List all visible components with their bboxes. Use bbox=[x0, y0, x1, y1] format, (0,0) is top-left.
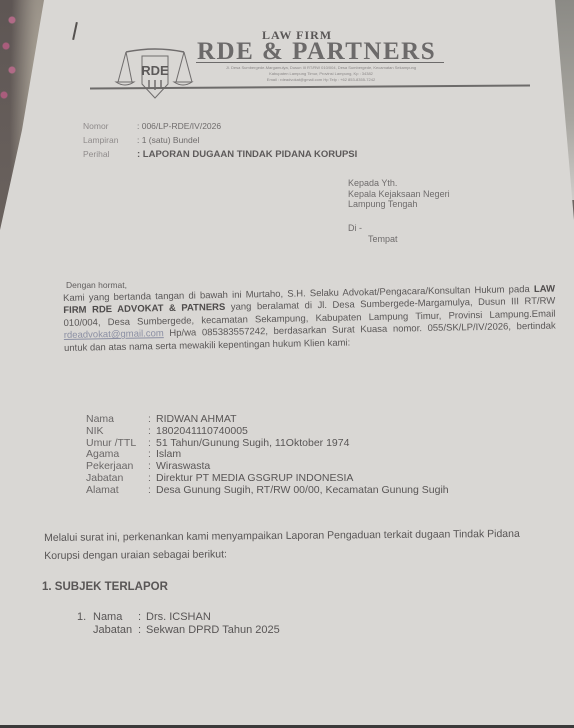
intro-paragraph: Kami yang bertanda tangan di bawah ini M… bbox=[63, 284, 556, 355]
letterhead-divider bbox=[196, 62, 444, 63]
field-value: Direktur PT MEDIA GSGRUP INDONESIA bbox=[156, 473, 353, 485]
subjek-terlapor-list: 1.Nama:Drs. ICSHAN Jabatan:Sekwan DPRD T… bbox=[77, 611, 280, 637]
field-value: 51 Tahun/Gunung Sugih, 11Oktober 1974 bbox=[156, 438, 349, 450]
closing-paragraph: Melalui surat ini, perkenankan kami meny… bbox=[44, 525, 549, 565]
addressee-tempat: Tempat bbox=[368, 234, 450, 245]
client-details: Nama:RIDWAN AHMAT NIK:1802041110740005 U… bbox=[86, 414, 449, 497]
field-label: Jabatan bbox=[93, 624, 138, 637]
letterhead-address: Jl. Desa Sumbergede-Margamulya, Dusun II… bbox=[196, 65, 446, 83]
svg-text:RDE: RDE bbox=[141, 63, 169, 78]
client-row: NIK:1802041110740005 bbox=[86, 426, 449, 438]
field-label: NIK bbox=[86, 426, 148, 438]
field-value: Desa Gunung Sugih, RT/RW 00/00, Kecamata… bbox=[156, 485, 449, 497]
meta-value: : 1 (satu) Bundel bbox=[137, 135, 199, 149]
field-value: 1802041110740005 bbox=[156, 426, 248, 438]
addressee-line: Kepada Yth. bbox=[348, 178, 450, 189]
greeting: Dengan hormat, bbox=[66, 280, 127, 290]
meta-label: Nomor bbox=[83, 121, 137, 135]
field-label: Jabatan bbox=[86, 473, 148, 485]
scales-of-justice-icon: RDE bbox=[112, 44, 198, 104]
client-row: Jabatan:Direktur PT MEDIA GSGRUP INDONES… bbox=[86, 473, 449, 485]
addressee-di: Di - bbox=[348, 223, 450, 234]
meta-value: : 006/LP-RDE/IV/2026 bbox=[137, 121, 221, 135]
field-label: Nama bbox=[93, 611, 138, 624]
field-value: Drs. ICSHAN bbox=[146, 611, 211, 624]
section-heading: 1. SUBJEK TERLAPOR bbox=[42, 581, 168, 593]
addressee-line: Lampung Tengah bbox=[348, 199, 450, 210]
client-row: Agama:Islam bbox=[86, 449, 449, 461]
meta-lampiran: Lampiran : 1 (satu) Bundel bbox=[83, 135, 357, 149]
meta-label: Perihal bbox=[83, 149, 137, 163]
meta-nomor: Nomor : 006/LP-RDE/IV/2026 bbox=[83, 121, 357, 135]
field-value: Sekwan DPRD Tahun 2025 bbox=[146, 624, 280, 637]
field-label: Alamat bbox=[86, 485, 148, 497]
contact-line: Email : rdeadvokat@gmail.com Hp Telp : +… bbox=[196, 77, 446, 83]
meta-label: Lampiran bbox=[83, 135, 137, 149]
addressee-block: Kepada Yth. Kepala Kejaksaan Negeri Lamp… bbox=[348, 178, 450, 245]
client-row: Umur /TTL:51 Tahun/Gunung Sugih, 11Oktob… bbox=[86, 438, 449, 450]
letter-meta: Nomor : 006/LP-RDE/IV/2026 Lampiran : 1 … bbox=[83, 121, 357, 163]
subjek-row: 1.Nama:Drs. ICSHAN bbox=[77, 611, 280, 624]
subjek-row: Jabatan:Sekwan DPRD Tahun 2025 bbox=[77, 624, 280, 637]
client-row: Nama:RIDWAN AHMAT bbox=[86, 414, 449, 426]
item-number: 1. bbox=[77, 611, 93, 624]
email-link[interactable]: rdeadvokat@gmail.com bbox=[64, 328, 164, 341]
addressee-line: Kepala Kejaksaan Negeri bbox=[348, 189, 450, 200]
item-number bbox=[77, 624, 93, 637]
meta-value: : LAPORAN DUGAAN TINDAK PIDANA KORUPSI bbox=[137, 149, 357, 163]
client-row: Alamat:Desa Gunung Sugih, RT/RW 00/00, K… bbox=[86, 485, 449, 497]
meta-perihal: Perihal : LAPORAN DUGAAN TINDAK PIDANA K… bbox=[83, 149, 357, 163]
